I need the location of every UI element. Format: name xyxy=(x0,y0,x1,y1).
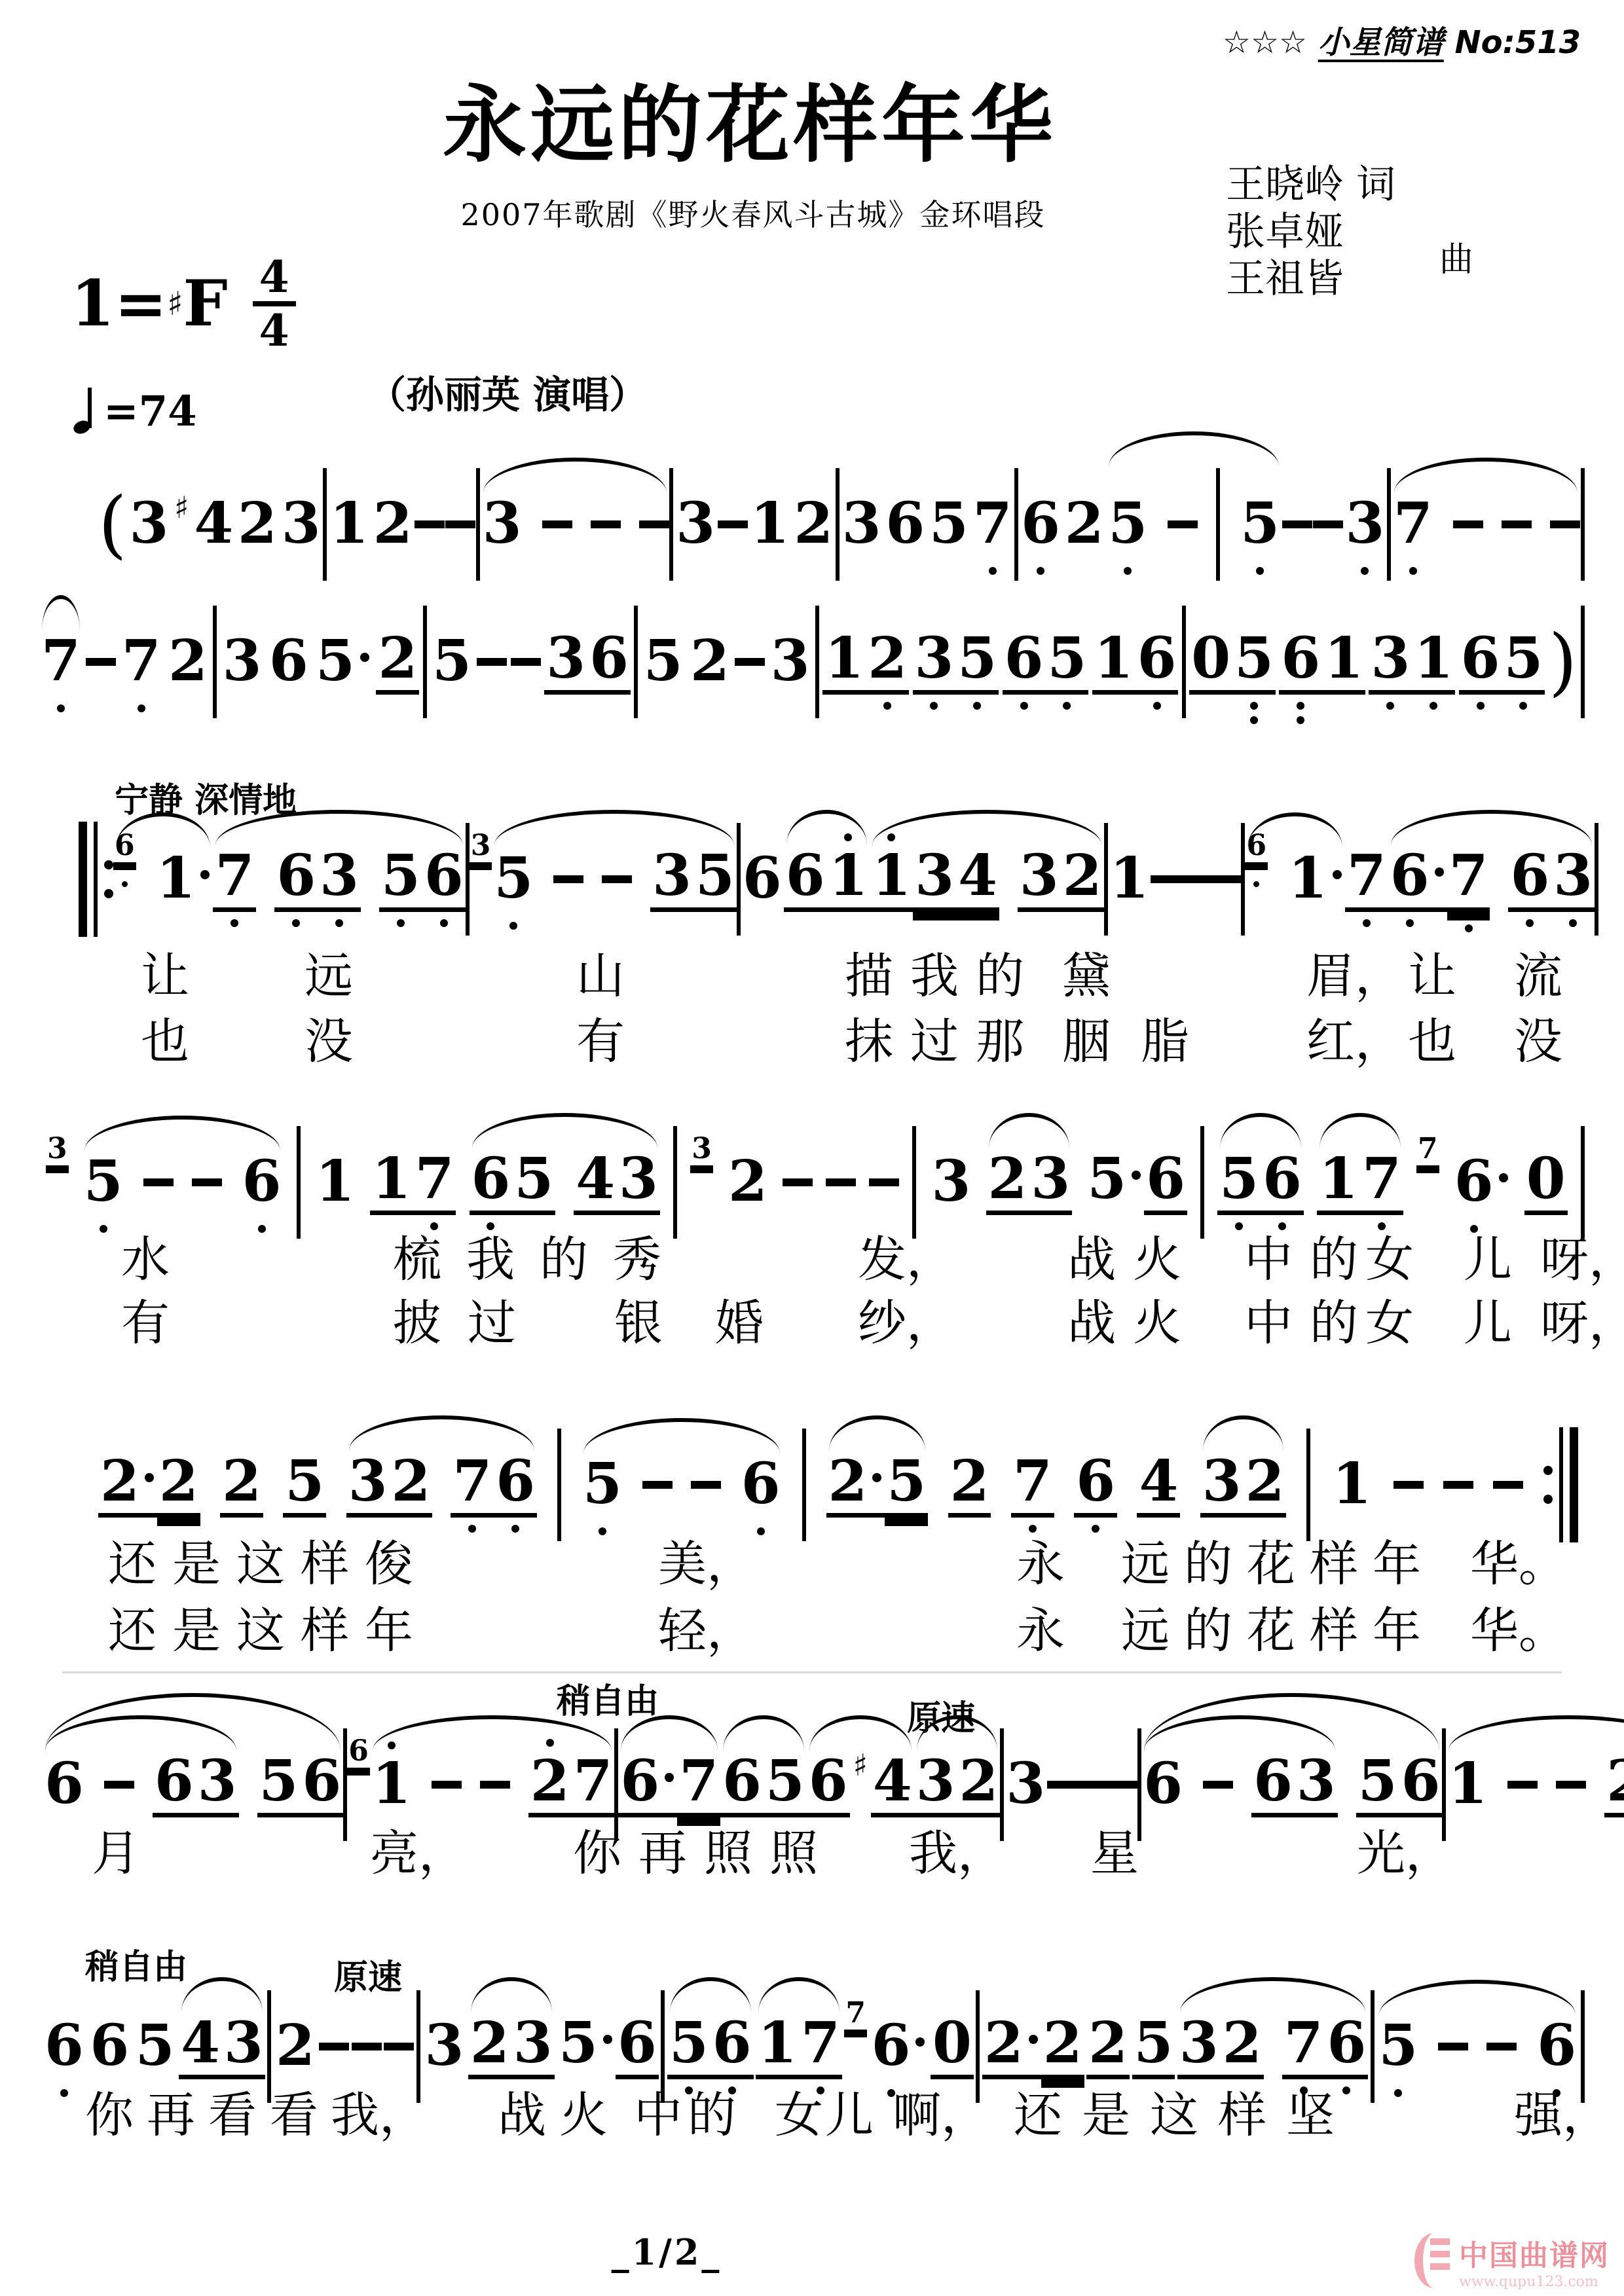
note-token: 6 xyxy=(88,2016,131,2077)
slur-group: 6543 xyxy=(470,1150,660,1215)
note-digit: 1 xyxy=(370,1755,413,1815)
note-digit: 3 xyxy=(1369,629,1412,695)
lyric-segment: 光， xyxy=(1357,1815,1454,1884)
duration-dash xyxy=(1211,875,1241,883)
note-digit: 2 xyxy=(957,1752,1001,1817)
note-token: 3 xyxy=(1343,494,1386,555)
note-token: 3 xyxy=(674,494,717,555)
note-digit: 3 xyxy=(1018,847,1061,912)
note-digit: 3 xyxy=(470,831,492,865)
augmentation-dot xyxy=(1128,1150,1144,1211)
slur-group: 56 xyxy=(1217,1150,1304,1215)
note-digit: 6 xyxy=(1245,831,1268,865)
octave-dot-below xyxy=(440,919,448,927)
note-digit: 5 xyxy=(1106,494,1149,555)
note-token: 2 xyxy=(726,1152,769,1213)
barline xyxy=(476,468,480,581)
note-token: 43 xyxy=(179,2014,265,2079)
note-digit: 3 xyxy=(840,494,883,555)
note-token: 6 xyxy=(1074,1452,1117,1518)
note-digit: 6 xyxy=(618,1752,661,1817)
note-digit: 0 xyxy=(931,2014,974,2079)
octave-dot-below xyxy=(1465,924,1473,932)
lyric-segment: 也 xyxy=(1408,1003,1456,1072)
note-token: 35 xyxy=(650,847,737,912)
note-token: 1 xyxy=(1108,849,1151,910)
note-digit: 3 xyxy=(914,1752,957,1817)
key-letter: F xyxy=(183,272,227,335)
duration-dash xyxy=(1486,2043,1517,2050)
note-digit: 6 xyxy=(1003,629,1046,695)
octave-dot-below xyxy=(1569,919,1577,927)
note-digit: 3 xyxy=(280,494,323,555)
note-digit: 3 xyxy=(617,1150,660,1215)
score-number-value: No:513 xyxy=(1454,24,1581,61)
song-title: 永远的花样年华 xyxy=(443,58,1057,178)
note-token: 6 xyxy=(240,1152,284,1213)
note-token: 2 xyxy=(236,494,279,555)
slur-group: 61 xyxy=(1245,849,1344,910)
grace-note: 6 xyxy=(347,1736,370,1770)
note-digit: 2 xyxy=(98,1452,141,1518)
stars-icon: ☆☆☆ xyxy=(1223,24,1307,61)
lyric-segment: 儿 xyxy=(1464,1221,1512,1290)
note-digit: 6 xyxy=(784,847,827,912)
scan-artifact-line xyxy=(62,1671,1562,1673)
note-digit: 1 xyxy=(1108,849,1151,910)
note-token: 1 xyxy=(748,494,792,555)
duration-dash xyxy=(1502,520,1532,528)
octave-dot-below xyxy=(599,1527,606,1535)
note-digit: 6 xyxy=(616,2014,659,2079)
music-line-3: 617635635356611343216176763 xyxy=(79,822,1585,937)
note-token: 32 xyxy=(346,1452,433,1518)
octave-dot-below xyxy=(468,1525,476,1533)
note-token: 5 xyxy=(1376,2016,1420,2077)
note-token: 32 xyxy=(914,1752,1001,1817)
note-digit: 5 xyxy=(257,1752,301,1817)
note-token: 65 xyxy=(1003,629,1089,695)
note-digit: 5 xyxy=(764,1752,807,1817)
note-digit: 3 xyxy=(690,1134,713,1168)
note-digit: 3 xyxy=(196,1752,239,1817)
note-token: 17 xyxy=(370,1150,456,1215)
barline xyxy=(1306,1429,1310,1541)
note-digit: 3 xyxy=(1551,847,1595,912)
note-digit: 6 xyxy=(494,1452,537,1518)
slur-group: 3 xyxy=(481,494,669,555)
lyric-segment: 强， xyxy=(1514,2077,1611,2146)
note-token: 6 xyxy=(883,494,927,555)
note-digit: 6 xyxy=(422,847,466,912)
lyric-segment: 披过 xyxy=(393,1285,542,1354)
lyric-segment: 战火 xyxy=(498,2077,621,2146)
note-digit: 7 xyxy=(1345,847,1388,912)
performer: （孙丽英 演唱） xyxy=(368,364,647,419)
lyric-segment: 抹过那 xyxy=(845,1003,1041,1072)
lyric-segment: 我， xyxy=(909,1815,1006,1884)
duration-dash xyxy=(86,658,116,666)
note-token: 32 xyxy=(1200,1452,1287,1518)
lyric-segment: 永 xyxy=(1016,1592,1065,1662)
note-digit: 5 xyxy=(885,1452,928,1518)
watermark-logo-icon xyxy=(1414,2231,1452,2291)
repeat-dot xyxy=(104,860,113,869)
note-digit: 4 xyxy=(871,1752,914,1817)
note-digit: 7 xyxy=(39,632,83,693)
note-digit: 5 xyxy=(642,632,685,693)
slur-group: 535 xyxy=(492,847,737,912)
repeat-dot xyxy=(104,889,113,898)
octave-dot-below xyxy=(1092,1525,1099,1533)
note-digit: 2 xyxy=(986,1150,1029,1215)
note-token: 43 xyxy=(574,1150,660,1215)
duration-dash xyxy=(1181,875,1211,883)
slur-arc xyxy=(1319,1113,1401,1148)
note-token: 0 xyxy=(1524,1150,1568,1215)
lyric-segment: 远的花样年 xyxy=(1121,1525,1435,1595)
slur-group: 6763 xyxy=(1388,847,1595,912)
note-digit: 6 xyxy=(741,849,784,910)
augmentation-dot xyxy=(1431,847,1447,912)
note-token: 27 xyxy=(528,1752,615,1817)
grace-note: 3 xyxy=(470,831,492,865)
slur-arc xyxy=(472,1113,657,1148)
octave-dot-below xyxy=(1297,716,1304,724)
lyric-segment: 星 xyxy=(1090,1815,1139,1884)
note-digit: 1 xyxy=(1092,629,1135,695)
octave-dot-below xyxy=(292,919,300,927)
note-digit: 6 xyxy=(739,1455,783,1516)
note-digit: 4 xyxy=(1137,1452,1180,1518)
slur-group: 66356 xyxy=(43,1752,343,1817)
note-digit: 6 xyxy=(1251,1752,1295,1817)
lyric-segment: 让 xyxy=(1408,938,1456,1007)
note-digit: 6 xyxy=(710,2014,754,2079)
note-digit: 5 xyxy=(1502,629,1545,695)
note-digit: 4 xyxy=(956,847,999,912)
note-token: 3 xyxy=(221,632,264,693)
lyric-segment: 银 xyxy=(614,1285,663,1354)
octave-dot-above xyxy=(546,1739,554,1747)
octave-dot-below xyxy=(1361,567,1369,575)
augmentation-dot xyxy=(197,849,213,910)
note-digit: 2 xyxy=(792,494,835,555)
sharp-icon: ♯ xyxy=(173,490,190,525)
note-digit: 2 xyxy=(866,629,909,695)
slur-group: 13432 xyxy=(870,847,1103,912)
octave-dot-below xyxy=(1037,567,1044,575)
note-token: 5 xyxy=(82,1152,125,1213)
augmentation-dot xyxy=(1496,1152,1511,1213)
note-digit: 4 xyxy=(192,494,235,555)
note-digit: 6 xyxy=(470,1150,513,1215)
note-token: 1 xyxy=(1446,1755,1489,1815)
slur-arc xyxy=(181,1977,263,2013)
note-token: 3 xyxy=(280,494,323,555)
octave-dot-below xyxy=(1297,702,1304,710)
repeat-thick-bar xyxy=(1570,1427,1578,1542)
lyric-segment: 黛 xyxy=(1062,938,1111,1007)
augmentation-dot xyxy=(1025,2014,1041,2079)
note-token: 2 xyxy=(948,1452,991,1518)
note-token: 2 xyxy=(220,1452,263,1518)
slur-group: 663 xyxy=(43,1752,239,1817)
note-token: 1 xyxy=(1286,849,1345,910)
augmentation-dot xyxy=(603,2035,612,2044)
note-token: 6 xyxy=(741,849,784,910)
slur-group: 56 xyxy=(581,1455,783,1516)
note-digit: 2 xyxy=(166,632,210,693)
octave-dot-below xyxy=(335,919,343,927)
note-digit: 6 xyxy=(1261,1150,1304,1215)
lyric-segment: 有 xyxy=(576,1003,625,1072)
lyric-segment: 没 xyxy=(304,1003,353,1072)
note-digit: 3 xyxy=(1295,1752,1338,1817)
note-token: 6 xyxy=(1535,2016,1578,2077)
slur-arc xyxy=(349,1415,534,1451)
note-token: 27 xyxy=(1604,1752,1624,1817)
barline xyxy=(213,606,217,718)
slur-group: 25 xyxy=(826,1452,929,1518)
note-token: 7 xyxy=(971,494,1014,555)
duration-dash xyxy=(192,1178,222,1186)
duration-dash xyxy=(1453,520,1483,528)
octave-dot-above xyxy=(388,1741,396,1749)
lyric-segment: 描我的 xyxy=(845,938,1041,1007)
note-token: 4 xyxy=(1137,1452,1180,1518)
note-token: 3 xyxy=(481,494,524,555)
note-digit: 2 xyxy=(236,494,279,555)
note-digit: 7 xyxy=(413,1150,456,1215)
note-digit: 5 xyxy=(1132,2014,1175,2079)
slur-group: 66356 xyxy=(1141,1752,1442,1817)
octave-dot-below xyxy=(57,704,65,712)
lyric-segment: 亮， xyxy=(370,1815,467,1884)
slur-group: 55 xyxy=(1106,468,1282,581)
repeat-dot xyxy=(1543,1466,1553,1475)
note-token: 3 xyxy=(769,632,812,693)
slur-group: 56 xyxy=(667,2014,754,2079)
duration-dash xyxy=(445,520,475,528)
slur-group: 76356 xyxy=(213,847,465,912)
duration-dash xyxy=(384,2043,414,2050)
note-digit: 3 xyxy=(46,1134,69,1168)
note-digit: 7 xyxy=(677,1752,720,1817)
slur-group: 61 xyxy=(113,849,213,910)
note-digit: 3 xyxy=(1004,1755,1047,1815)
tempo-label: 稍自由 xyxy=(557,1673,659,1722)
note-digit: 2 xyxy=(371,494,415,555)
note-digit: 3 xyxy=(674,494,717,555)
note-token: 32 xyxy=(1018,847,1104,912)
note-token: ♯4 xyxy=(171,494,235,555)
slur-arc xyxy=(1449,1715,1624,1751)
note-digit: 5 xyxy=(1232,629,1276,695)
octave-dot-below xyxy=(1519,702,1527,710)
note-digit: 1 xyxy=(1412,629,1455,695)
note-token: 5 xyxy=(430,632,473,693)
slur-group: 56 xyxy=(1376,2016,1578,2077)
octave-dot-below xyxy=(1256,567,1264,575)
note-token: 1 xyxy=(1330,1455,1373,1516)
barline xyxy=(1387,468,1391,581)
duration-dash xyxy=(826,1178,856,1186)
lyric-segment: 我， xyxy=(331,2077,428,2146)
slur-arc xyxy=(1394,458,1578,493)
octave-dot-below xyxy=(1253,881,1259,887)
note-digit: 7 xyxy=(971,494,1014,555)
lyric-segment: 中的 xyxy=(634,2077,741,2146)
octave-dot-below xyxy=(1235,1222,1243,1230)
note-digit: 2 xyxy=(390,1452,433,1518)
lyric-segment: 纱， xyxy=(858,1285,955,1354)
slur-group: 3276 xyxy=(346,1452,537,1518)
slur-group: 7 xyxy=(39,632,83,693)
augmentation-dot xyxy=(1029,2035,1038,2044)
expression-label: 宁静 深情地 xyxy=(115,773,297,822)
note-token: 3 xyxy=(930,1152,973,1213)
grace-note: 7 xyxy=(844,1998,867,2032)
lyric-segment: 美， xyxy=(658,1525,755,1595)
note-token: 6 xyxy=(1141,1755,1185,1815)
note-digit: 6 xyxy=(720,1752,764,1817)
note-token: 3 xyxy=(1004,1755,1047,1815)
note-token: 56 xyxy=(379,847,466,912)
slur-group: 17 xyxy=(1317,1150,1403,1215)
note-digit: 6 xyxy=(807,1752,850,1817)
lyric-segment: 儿 xyxy=(825,2077,874,2146)
note-digit: 5 xyxy=(693,847,737,912)
watermark-url: www.qupu123.com xyxy=(1459,2274,1598,2290)
open-paren: ( xyxy=(98,488,127,561)
note-digit: 2 xyxy=(376,629,419,695)
note-token: 2 xyxy=(166,632,210,693)
slur-arc xyxy=(471,1977,552,2013)
slur-arc xyxy=(1391,810,1592,845)
duration-dash xyxy=(1282,520,1312,528)
note-token: 56 xyxy=(1356,1752,1443,1817)
duration-dash xyxy=(869,1178,899,1186)
note-token: 6 xyxy=(43,1755,86,1815)
note-digit: 6 xyxy=(1144,1150,1187,1215)
octave-dot-below xyxy=(397,919,405,927)
lyric-segment: 轻， xyxy=(658,1592,755,1662)
credits-block: 王晓岭 词 张卓娅 王祖皆 xyxy=(1226,161,1395,302)
note-token: 63 xyxy=(1251,1752,1338,1817)
slur-arc xyxy=(786,810,868,845)
barline xyxy=(1014,468,1018,581)
note-token: 56 xyxy=(557,2014,659,2079)
slur-group: 17 xyxy=(756,2014,842,2079)
note-token: 63 xyxy=(153,1752,239,1817)
note-digit: 4 xyxy=(179,2014,222,2079)
note-digit: 3 xyxy=(423,2016,466,2077)
slur-arc xyxy=(494,810,734,845)
note-digit: 1 xyxy=(314,1152,357,1213)
duration-dash xyxy=(691,1481,721,1489)
note-token: 22 xyxy=(98,1452,200,1518)
octave-dot-below xyxy=(60,2089,68,2097)
note-token: 6 xyxy=(739,1455,783,1516)
barline xyxy=(423,606,427,718)
note-digit: 5 xyxy=(430,632,473,693)
note-digit: 3 xyxy=(128,494,171,555)
duration-dash xyxy=(1443,1481,1473,1489)
sheet-music-page: ☆☆☆ 小星简谱 No:513 永远的花样年华 2007年歌剧《野火春风斗古城》… xyxy=(0,0,1624,2296)
note-digit: 1 xyxy=(1330,1455,1373,1516)
quarter-note-icon xyxy=(73,385,97,437)
note-digit: 3 xyxy=(222,2014,265,2079)
duration-dash xyxy=(783,1178,813,1186)
duration-dash xyxy=(1393,1481,1424,1489)
augmentation-dot xyxy=(360,653,369,662)
duration-dash xyxy=(511,658,541,666)
note-digit: 6 xyxy=(1459,629,1502,695)
augmentation-dot xyxy=(1132,1171,1141,1180)
tempo-label: 稍自由 xyxy=(85,1939,187,1988)
note-digit: 6 xyxy=(587,629,631,695)
duration-dash xyxy=(415,520,445,528)
note-digit: 2 xyxy=(528,1752,572,1817)
lyric-segment: 发， xyxy=(858,1221,955,1290)
song-subtitle: 2007年歌剧《野火春风斗古城》金环唱段 xyxy=(460,191,1045,234)
note-token: 0 xyxy=(931,2014,974,2079)
repeat-thin-bar xyxy=(94,822,98,937)
octave-dot-below xyxy=(138,704,145,712)
barline xyxy=(1371,1990,1375,2103)
note-digit: 2 xyxy=(688,632,731,693)
note-digit: 1 xyxy=(370,1150,413,1215)
note-token: 7 xyxy=(1392,494,1435,555)
composer-2: 王祖皆 xyxy=(1226,255,1395,302)
barline xyxy=(557,1429,561,1541)
note-digit: 5 xyxy=(1376,2016,1420,2077)
note-digit: 1 xyxy=(155,849,198,910)
barline xyxy=(802,1429,806,1541)
slur-group: 7 xyxy=(1392,494,1580,555)
octave-dot-below xyxy=(883,702,891,710)
note-token: 5 xyxy=(314,632,373,693)
note-digit: 6 xyxy=(274,847,318,912)
note-digit: 5 xyxy=(955,629,999,695)
octave-dot-below xyxy=(1020,702,1028,710)
note-token: 5 xyxy=(1238,494,1282,555)
note-digit: 2 xyxy=(826,1452,870,1518)
octave-dot-below xyxy=(1386,702,1394,710)
note-digit: 7 xyxy=(799,2014,842,2079)
octave-dot-below xyxy=(1250,702,1258,710)
lyric-segment: 中的 xyxy=(1244,1221,1375,1290)
note-digit: 7 xyxy=(1282,2014,1325,2079)
octave-dot-below xyxy=(1124,567,1132,575)
note-token: 6 xyxy=(267,632,310,693)
note-digit: 6 xyxy=(1325,2014,1368,2079)
note-token: 7 xyxy=(1345,847,1388,912)
note-digit: 0 xyxy=(1189,629,1232,695)
note-digit: 5 xyxy=(557,2014,600,2075)
composer-1: 张卓娅 xyxy=(1226,208,1395,255)
note-digit: 5 xyxy=(314,632,357,693)
lyric-segment: 还是这样俊 xyxy=(108,1525,429,1595)
duration-dash xyxy=(319,2043,349,2050)
barline xyxy=(1216,468,1220,581)
lyric-segment: 远 xyxy=(304,938,353,1007)
note-digit: 3 xyxy=(1200,1452,1244,1518)
note-digit: 5 xyxy=(1085,1150,1128,1211)
note-digit: 6 xyxy=(1508,847,1551,912)
note-digit: 2 xyxy=(1041,2014,1084,2079)
